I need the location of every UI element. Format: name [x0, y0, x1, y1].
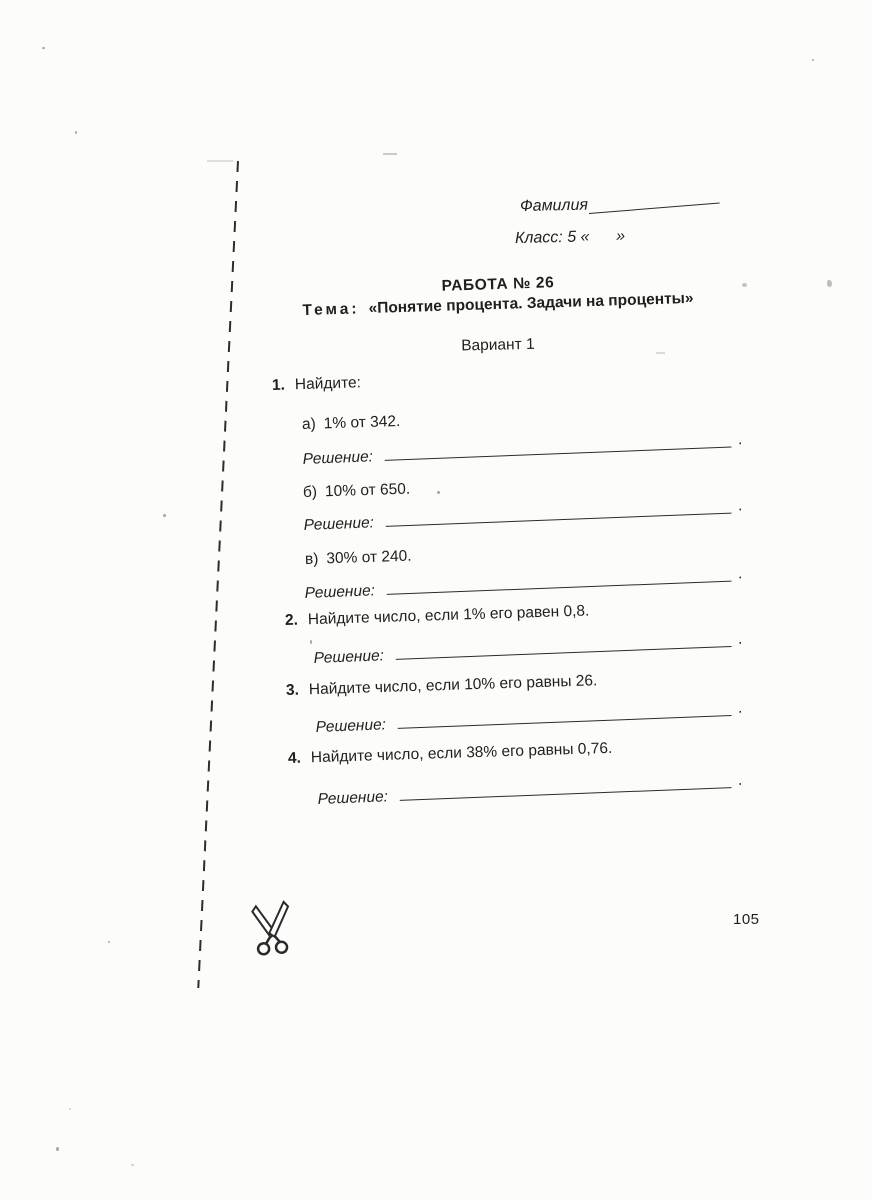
scan-speck [56, 1147, 59, 1151]
problem-text: Найдите число, если 10% его равны 26. [309, 672, 598, 699]
surname-line [589, 202, 720, 214]
solution-row-3: Решение: . [315, 700, 742, 737]
problem-1b: б) 10% от 650. [303, 481, 411, 502]
problem-number: 1. [272, 377, 285, 395]
solution-label: Решение: [303, 514, 374, 535]
scan-speck [207, 160, 233, 162]
scan-speck [69, 1108, 71, 1110]
solution-terminator: . [738, 771, 743, 789]
scan-speck [656, 352, 665, 354]
scan-speck [75, 131, 77, 134]
solution-terminator: . [738, 630, 743, 648]
solution-line [385, 432, 732, 461]
cut-line [197, 161, 239, 988]
problem-1a: а) 1% от 342. [302, 413, 401, 434]
worksheet-page: Фамилия Класс: 5 « » РАБОТА № 26 Тема:«П… [0, 0, 872, 1200]
solution-label: Решение: [304, 582, 375, 603]
problem-text: Найдите число, если 38% его равны 0,76. [311, 740, 613, 767]
solution-row-2: Решение: . [313, 631, 742, 668]
solution-row-1a: Решение: . [302, 431, 742, 469]
subitem-text: 1% от 342. [324, 413, 401, 433]
problem-number: 2. [285, 612, 298, 630]
subitem-label: а) [302, 416, 316, 434]
class-label: Класс: 5 « » [515, 228, 625, 248]
solution-terminator: . [738, 497, 743, 515]
solution-line [387, 566, 732, 595]
solution-line [386, 498, 732, 527]
problem-number: 4. [288, 750, 301, 768]
solution-terminator: . [738, 431, 743, 449]
solution-label: Решение: [315, 716, 386, 737]
page-number: 105 [733, 911, 760, 928]
problem-2: 2. Найдите число, если 1% его равен 0,8. [285, 602, 590, 630]
problem-1: 1. Найдите: [272, 374, 361, 395]
solution-terminator: . [738, 565, 743, 583]
problem-3: 3. Найдите число, если 10% его равны 26. [286, 672, 598, 700]
scan-speck [742, 283, 747, 287]
scan-speck [812, 59, 814, 61]
scan-speck [383, 153, 397, 155]
problem-number: 3. [286, 682, 299, 700]
subitem-label: в) [305, 551, 319, 569]
scan-speck [437, 491, 440, 494]
solution-row-1b: Решение: . [303, 497, 742, 535]
subitem-text: 10% от 650. [325, 481, 411, 502]
variant-label: Вариант 1 [338, 333, 658, 358]
solution-label: Решение: [313, 647, 384, 668]
scan-speck [163, 514, 166, 517]
scissors-icon [246, 898, 297, 962]
subitem-text: 30% от 240. [326, 548, 412, 569]
solution-terminator: . [738, 699, 743, 717]
problem-text: Найдите: [295, 374, 362, 394]
solution-line [400, 772, 732, 800]
solution-row-1v: Решение: . [304, 565, 742, 603]
problem-1v: в) 30% от 240. [305, 548, 412, 569]
solution-row-4: Решение: . [317, 772, 742, 809]
scan-speck [827, 280, 832, 287]
solution-label: Решение: [302, 448, 373, 469]
scan-speck [310, 640, 312, 644]
problem-4: 4. Найдите число, если 38% его равны 0,7… [288, 740, 613, 768]
surname-label: Фамилия [520, 197, 588, 216]
subitem-label: б) [303, 484, 318, 502]
solution-line [398, 700, 732, 729]
solution-line [396, 631, 732, 660]
scan-speck [131, 1164, 134, 1166]
solution-label: Решение: [317, 788, 388, 809]
theme-label: Тема: [302, 300, 360, 319]
scan-speck [108, 941, 110, 943]
problem-text: Найдите число, если 1% его равен 0,8. [308, 602, 590, 629]
scan-speck [42, 47, 45, 49]
